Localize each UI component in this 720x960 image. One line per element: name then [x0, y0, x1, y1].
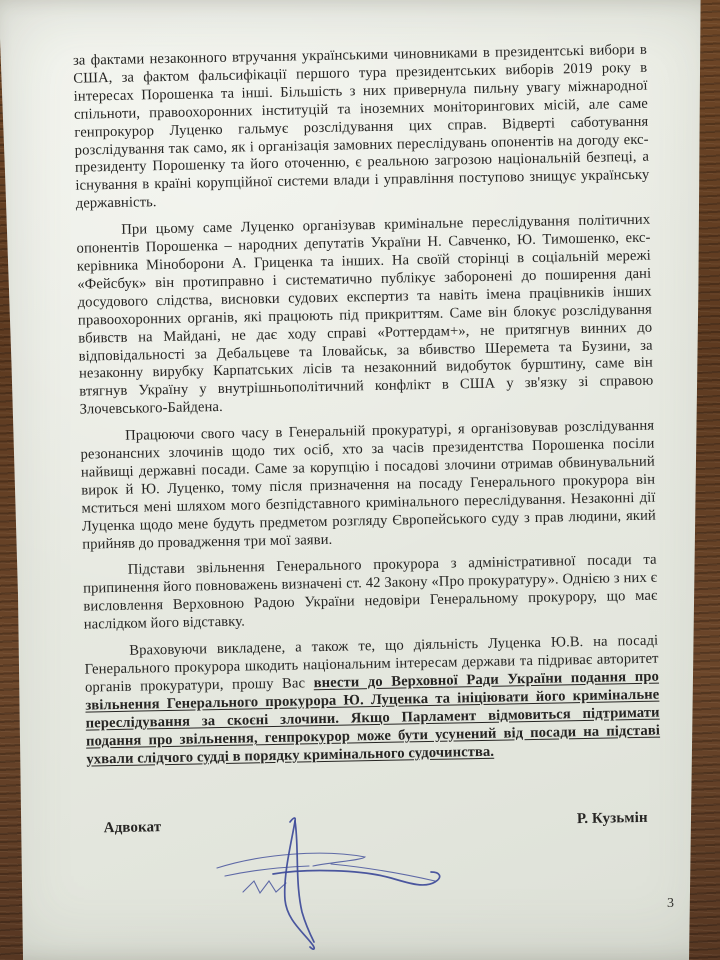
document-page: за фактами незаконного втручання українс… — [0, 0, 720, 960]
desk-background: за фактами незаконного втручання українс… — [0, 0, 720, 960]
paragraph: Враховуючи викладене, а також те, що дія… — [84, 633, 660, 769]
document-text: за фактами незаконного втручання українс… — [73, 42, 662, 839]
paragraph: Працюючи свого часу в Генеральній прокур… — [80, 418, 656, 554]
paragraph: за фактами незаконного втручання українс… — [73, 42, 650, 214]
signatory-name: Р. Кузьмін — [577, 810, 648, 829]
signatory-role: Адвокат — [104, 820, 162, 839]
page-number: 3 — [667, 896, 674, 912]
signature-block: Адвокат Р. Кузьмін — [88, 810, 662, 839]
paragraph: Підстави звільнення Генерального прокуро… — [83, 552, 658, 635]
paragraph: При цьому саме Луценко організував кримі… — [76, 212, 654, 420]
